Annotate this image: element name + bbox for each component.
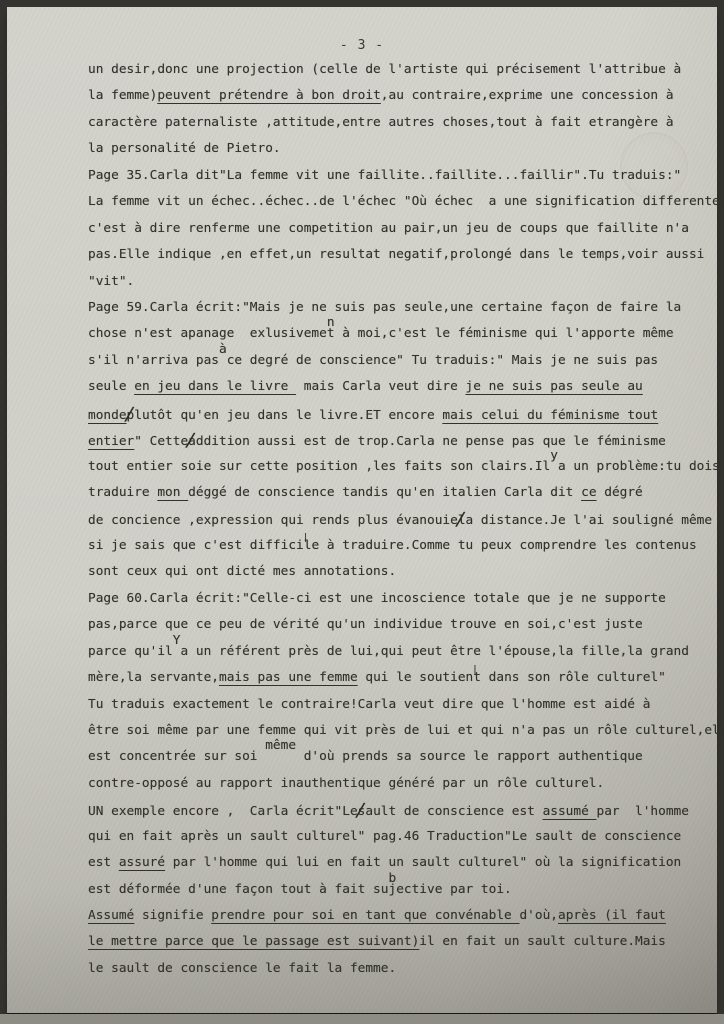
text-line-1: un desir,donc une projection (celle de l… xyxy=(88,57,713,83)
text-segment: tout entier soie sur cette position ,les… xyxy=(88,459,550,474)
text-line-3: caractère paternaliste ,attitude,entre a… xyxy=(88,110,713,136)
text-line-22: pas,parce que ce peu de vérité qu'un ind… xyxy=(88,612,713,638)
underlined-text: je ne suis pas seule au xyxy=(466,379,643,394)
text-segment: contre-opposé au rapport inauthentique g… xyxy=(88,776,604,791)
page-number: - 3 - xyxy=(7,38,717,53)
document-text: un desir,donc une projection (celle de l… xyxy=(88,57,713,982)
underlined-text: peuvent prétendre à bon droit xyxy=(157,88,380,103)
text-line-10: Page 59.Carla écrit:"Mais je ne suis pas… xyxy=(88,295,713,321)
underlined-text: en jeu dans le livre xyxy=(134,379,296,394)
text-segment: sault de conscience est xyxy=(358,804,543,819)
underlined-text: entier xyxy=(88,434,134,449)
text-line-17: traduire mon déggé de conscience tandis … xyxy=(88,480,713,506)
text-segment: d'où, xyxy=(519,908,558,923)
underlined-text: mon xyxy=(157,485,188,500)
text-line-12: s'il n'arriva pasà ce degré de conscienc… xyxy=(88,348,713,374)
text-segment: t dans son rôle culturel" xyxy=(473,670,666,685)
text-segment: s'il n'arriva pas xyxy=(88,353,219,368)
text-line-21: Page 60.Carla écrit:"Celle-ci est une in… xyxy=(88,586,713,612)
underlined-text: ce xyxy=(581,485,596,500)
underlined-text: monde xyxy=(88,408,127,423)
text-line-14: monde/plutôt qu'en jeu dans le livre.ET … xyxy=(88,401,713,427)
text-line-5: Page 35.Carla dit"La femme vit une faill… xyxy=(88,163,713,189)
text-segment: de concience ,expression qui rends plus … xyxy=(88,513,458,528)
text-segment: si je sais que c'est diffici xyxy=(88,538,304,553)
text-segment: La femme vit un échec..échec..de l'échec… xyxy=(88,194,724,209)
text-line-35: le sault de conscience le fait la femme. xyxy=(88,956,713,982)
text-segment: la femme) xyxy=(88,88,157,103)
text-segment: il en fait un sault culture.Mais xyxy=(419,934,666,949)
text-segment: "vit". xyxy=(88,274,134,289)
text-segment: UN exemple encore , Carla écrit"Le xyxy=(88,804,358,819)
underlined-text: Assumé xyxy=(88,908,134,923)
text-line-4: la personalité de Pietro. xyxy=(88,136,713,162)
text-segment: est déformée d'une façon tout à fait su xyxy=(88,882,388,897)
text-segment: dégré xyxy=(597,485,643,500)
text-segment: est concentrée sur soi xyxy=(88,749,265,764)
text-segment: la distance.Je l'ai souligné même xyxy=(458,513,712,528)
text-line-2: la femme)peuvent prétendre à bon droit,a… xyxy=(88,83,713,109)
text-segment: plutôt qu'en jeu dans le livre.ET encore xyxy=(127,408,443,423)
text-segment: ce degré de conscience" Tu traduis:" Mai… xyxy=(219,353,658,368)
text-line-26: être soi même par une femme qui vit près… xyxy=(88,718,713,744)
text-segment: Page 35.Carla dit"La femme vit une faill… xyxy=(88,168,681,183)
text-segment: par l'homme xyxy=(597,804,689,819)
text-segment: seule xyxy=(88,379,134,394)
text-segment: pas.Elle indique ,en effet,un resultat n… xyxy=(88,247,704,262)
scan-backdrop xyxy=(0,1014,724,1024)
text-line-29: UN exemple encore , Carla écrit"Le/sault… xyxy=(88,797,713,823)
text-line-15: entier" Cette/addition aussi est de trop… xyxy=(88,427,713,453)
text-line-6: La femme vit un échec..échec..de l'échec… xyxy=(88,189,713,215)
text-segment: caractère paternaliste ,attitude,entre a… xyxy=(88,115,674,130)
text-segment: jective par toi. xyxy=(388,882,511,897)
text-line-27: est concentrée sur soi même d'où prends … xyxy=(88,744,713,770)
text-segment: sont ceux qui ont dicté mes annotations. xyxy=(88,564,396,579)
text-segment: mais Carla veut dire xyxy=(296,379,466,394)
underlined-text: assumé xyxy=(543,804,597,819)
text-segment: qui en fait après un sault culturel" pag… xyxy=(88,829,681,844)
text-line-24: mère,la servante,mais pas une femme qui … xyxy=(88,665,713,691)
text-segment: traduire xyxy=(88,485,157,500)
text-segment: addition aussi est de trop.Carla ne pens… xyxy=(188,434,666,449)
text-segment: la personalité de Pietro. xyxy=(88,141,281,156)
text-line-34: le mettre parce que le passage est suiva… xyxy=(88,929,713,955)
text-segment: a un problème:tu dois xyxy=(550,459,720,474)
text-segment: déggé de conscience tandis qu'en italien… xyxy=(188,485,581,500)
text-line-33: Assumé signifie prendre pour soi en tant… xyxy=(88,903,713,929)
text-segment: parce qu'il xyxy=(88,644,173,659)
underlined-text: le mettre parce que le passage est suiva… xyxy=(88,934,419,949)
underlined-text: assuré xyxy=(119,855,165,870)
text-line-16: tout entier soie sur cette position ,les… xyxy=(88,454,713,480)
text-line-13: seule en jeu dans le livre mais Carla ve… xyxy=(88,374,713,400)
text-segment: qui le soutien xyxy=(358,670,474,685)
text-line-30: qui en fait après un sault culturel" pag… xyxy=(88,824,713,850)
text-line-31: est assuré par l'homme qui lui en fait u… xyxy=(88,850,713,876)
underlined-text: prendre pour soi en tant que convénable xyxy=(211,908,519,923)
text-line-23: parce qu'ilY a un référent près de lui,q… xyxy=(88,639,713,665)
text-segment: est xyxy=(88,855,119,870)
text-segment: être soi même par une femme qui vit près… xyxy=(88,723,724,738)
text-segment: Tu traduis exactement le contraire!Carla… xyxy=(88,697,650,712)
text-line-7: c'est à dire renferme une competition au… xyxy=(88,216,713,242)
text-segment: par l'homme qui lui en fait un sault cul… xyxy=(165,855,681,870)
text-line-32: est déformée d'une façon tout à fait sub… xyxy=(88,877,713,903)
text-segment: ,au contraire,exprime une concession à xyxy=(381,88,674,103)
text-segment: a un référent près de lui,qui peut être … xyxy=(173,644,689,659)
text-line-28: contre-opposé au rapport inauthentique g… xyxy=(88,771,713,797)
handwritten-slash-mark: / xyxy=(184,428,187,454)
text-segment: pas,parce que ce peu de vérité qu'un ind… xyxy=(88,617,643,632)
text-segment: le sault de conscience le fait la femme. xyxy=(88,961,396,976)
text-segment: " Cette xyxy=(134,434,188,449)
text-line-11: chose n'est apanage exlusivement à moi,c… xyxy=(88,321,713,347)
underlined-text: mais celui du féminisme tout xyxy=(442,408,658,423)
underlined-text: après (il faut xyxy=(558,908,666,923)
text-segment: Page 59.Carla écrit:"Mais je ne suis pas… xyxy=(88,300,681,315)
text-line-20: sont ceux qui ont dicté mes annotations. xyxy=(88,559,713,585)
text-segment: c'est à dire renferme une competition au… xyxy=(88,221,689,236)
text-segment: le à traduire.Comme tu peux comprendre l… xyxy=(304,538,697,553)
text-segment: mère,la servante, xyxy=(88,670,219,685)
text-segment: Page 60.Carla écrit:"Celle-ci est une in… xyxy=(88,591,666,606)
text-segment: d'où prends sa source le rapport authent… xyxy=(265,749,643,764)
text-line-19: si je sais que c'est diffici|le à tradui… xyxy=(88,533,713,559)
text-segment: t à moi,c'est le féminisme qui l'apporte… xyxy=(327,326,674,341)
text-segment: chose n'est apanage exlusiveme xyxy=(88,326,327,341)
text-line-8: pas.Elle indique ,en effet,un resultat n… xyxy=(88,242,713,268)
text-segment: un desir,donc une projection (celle de l… xyxy=(88,62,681,77)
text-line-25: Tu traduis exactement le contraire!Carla… xyxy=(88,692,713,718)
text-line-9: "vit". xyxy=(88,269,713,295)
document-page: - 3 - un desir,donc une projection (cell… xyxy=(7,7,717,1013)
text-line-18: de concience ,expression qui rends plus … xyxy=(88,506,713,532)
underlined-text: mais pas une femme xyxy=(219,670,358,685)
text-segment: signifie xyxy=(134,908,211,923)
